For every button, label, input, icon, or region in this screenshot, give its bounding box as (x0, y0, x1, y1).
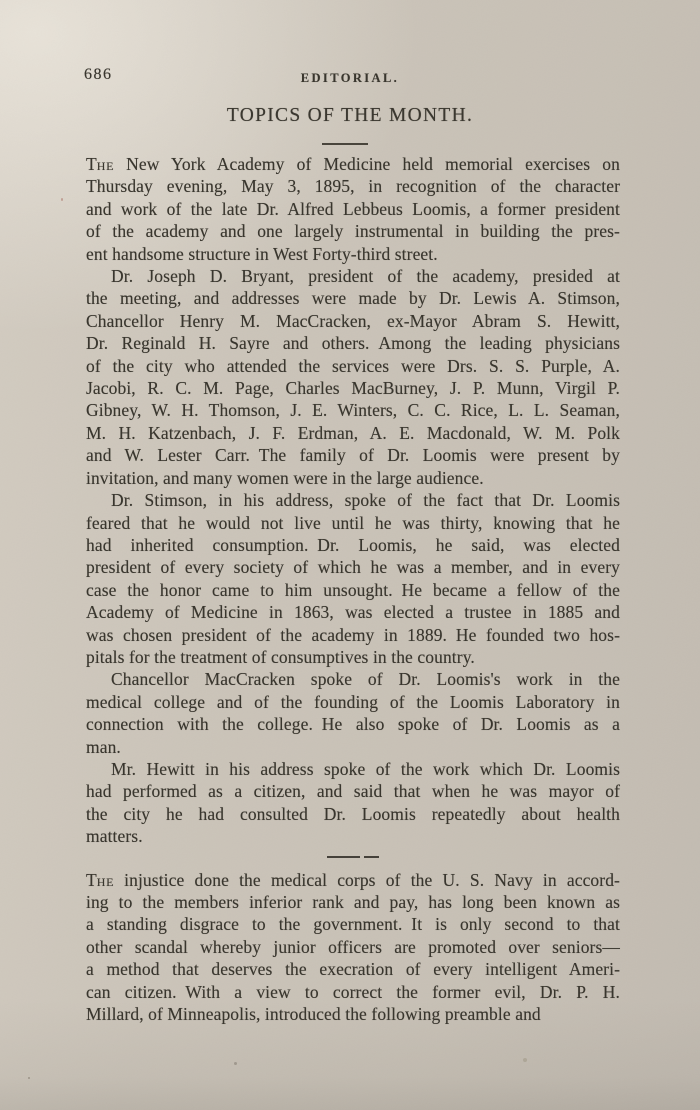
text-line: Thursday evening, May 3, 1895, in recogn… (86, 175, 620, 197)
text-line: a method that deserves the execration of… (86, 958, 620, 980)
text-line: pitals for the treatment of consumptives… (86, 646, 620, 668)
section-divider (86, 848, 620, 866)
divider-dash (364, 856, 379, 858)
text-line: Dr. Reginald H. Sayre and others. Among … (86, 332, 620, 354)
title-rule (322, 143, 368, 145)
text-line: case the honor came to him unsought. He … (86, 579, 620, 601)
text-line: other scandal whereby junior officers ar… (86, 936, 620, 958)
text-line: and work of the late Dr. Alfred Lebbeus … (86, 198, 620, 220)
scanned-page: 686 EDITORIAL. TOPICS OF THE MONTH. The … (0, 0, 700, 1110)
text-line: Academy of Medicine in 1863, was elected… (86, 601, 620, 623)
text-line: ing to the members inferior rank and pay… (86, 891, 620, 913)
text-line: the city he had consulted Dr. Loomis rep… (86, 803, 620, 825)
paragraph: Chancellor MacCracken spoke of Dr. Loomi… (86, 668, 620, 758)
text-line: medical college and of the founding of t… (86, 691, 620, 713)
text-line: of the city who attended the services we… (86, 355, 620, 377)
paper-speck (234, 1062, 237, 1065)
text-line: The injustice done the medical corps of … (86, 869, 620, 891)
divider-dash (327, 856, 360, 858)
text-line: the meeting, and addresses were made by … (86, 287, 620, 309)
text-line: was chosen president of the academy in 1… (86, 624, 620, 646)
text-line: The New York Academy of Medicine held me… (86, 153, 620, 175)
paper-speck (61, 198, 63, 201)
text-line: Chancellor Henry M. MacCracken, ex-Mayor… (86, 310, 620, 332)
smallcaps-lead: he (97, 870, 114, 890)
paragraph: Dr. Joseph D. Bryant, president of the a… (86, 265, 620, 489)
paper-speck (523, 1058, 527, 1062)
paper-speck (28, 1077, 30, 1079)
text-line: president of every society of which he w… (86, 556, 620, 578)
text-line: Mr. Hewitt in his address spoke of the w… (86, 758, 620, 780)
text-line: Dr. Stimson, in his address, spoke of th… (86, 489, 620, 511)
paragraph: The New York Academy of Medicine held me… (86, 153, 620, 265)
paragraph: Dr. Stimson, in his address, spoke of th… (86, 489, 620, 668)
paragraph: Mr. Hewitt in his address spoke of the w… (86, 758, 620, 848)
text-line: can citizen. With a view to correct the … (86, 981, 620, 1003)
text-line: M. H. Katzenbach, J. F. Erdman, A. E. Ma… (86, 422, 620, 444)
text-line: and W. Lester Carr. The family of Dr. Lo… (86, 444, 620, 466)
text-line: Dr. Joseph D. Bryant, president of the a… (86, 265, 620, 287)
text-line: Millard, of Minneapolis, introduced the … (86, 1003, 620, 1025)
text-line: had inherited consumption. Dr. Loomis, h… (86, 534, 620, 556)
paragraph: The injustice done the medical corps of … (86, 869, 620, 1026)
text-line: a standing disgrace to the government. I… (86, 913, 620, 935)
text-line: Gibney, W. H. Thomson, J. E. Winters, C.… (86, 399, 620, 421)
text-line: Chancellor MacCracken spoke of Dr. Loomi… (86, 668, 620, 690)
smallcaps-lead: he (97, 154, 114, 174)
text-line: invitation, and many women were in the l… (86, 467, 620, 489)
text-line: ent handsome structure in West Forty-thi… (86, 243, 620, 265)
article-body: The New York Academy of Medicine held me… (86, 153, 620, 1025)
text-line: feared that he would not live until he w… (86, 512, 620, 534)
text-line: matters. (86, 825, 620, 847)
page-title: TOPICS OF THE MONTH. (0, 105, 700, 127)
text-line: of the academy and one largely instrumen… (86, 220, 620, 242)
text-line: man. (86, 736, 620, 758)
running-head: EDITORIAL. (0, 71, 700, 86)
text-line: connection with the college. He also spo… (86, 713, 620, 735)
text-line: Jacobi, R. C. M. Page, Charles MacBurney… (86, 377, 620, 399)
text-line: had performed as a citizen, and said tha… (86, 780, 620, 802)
